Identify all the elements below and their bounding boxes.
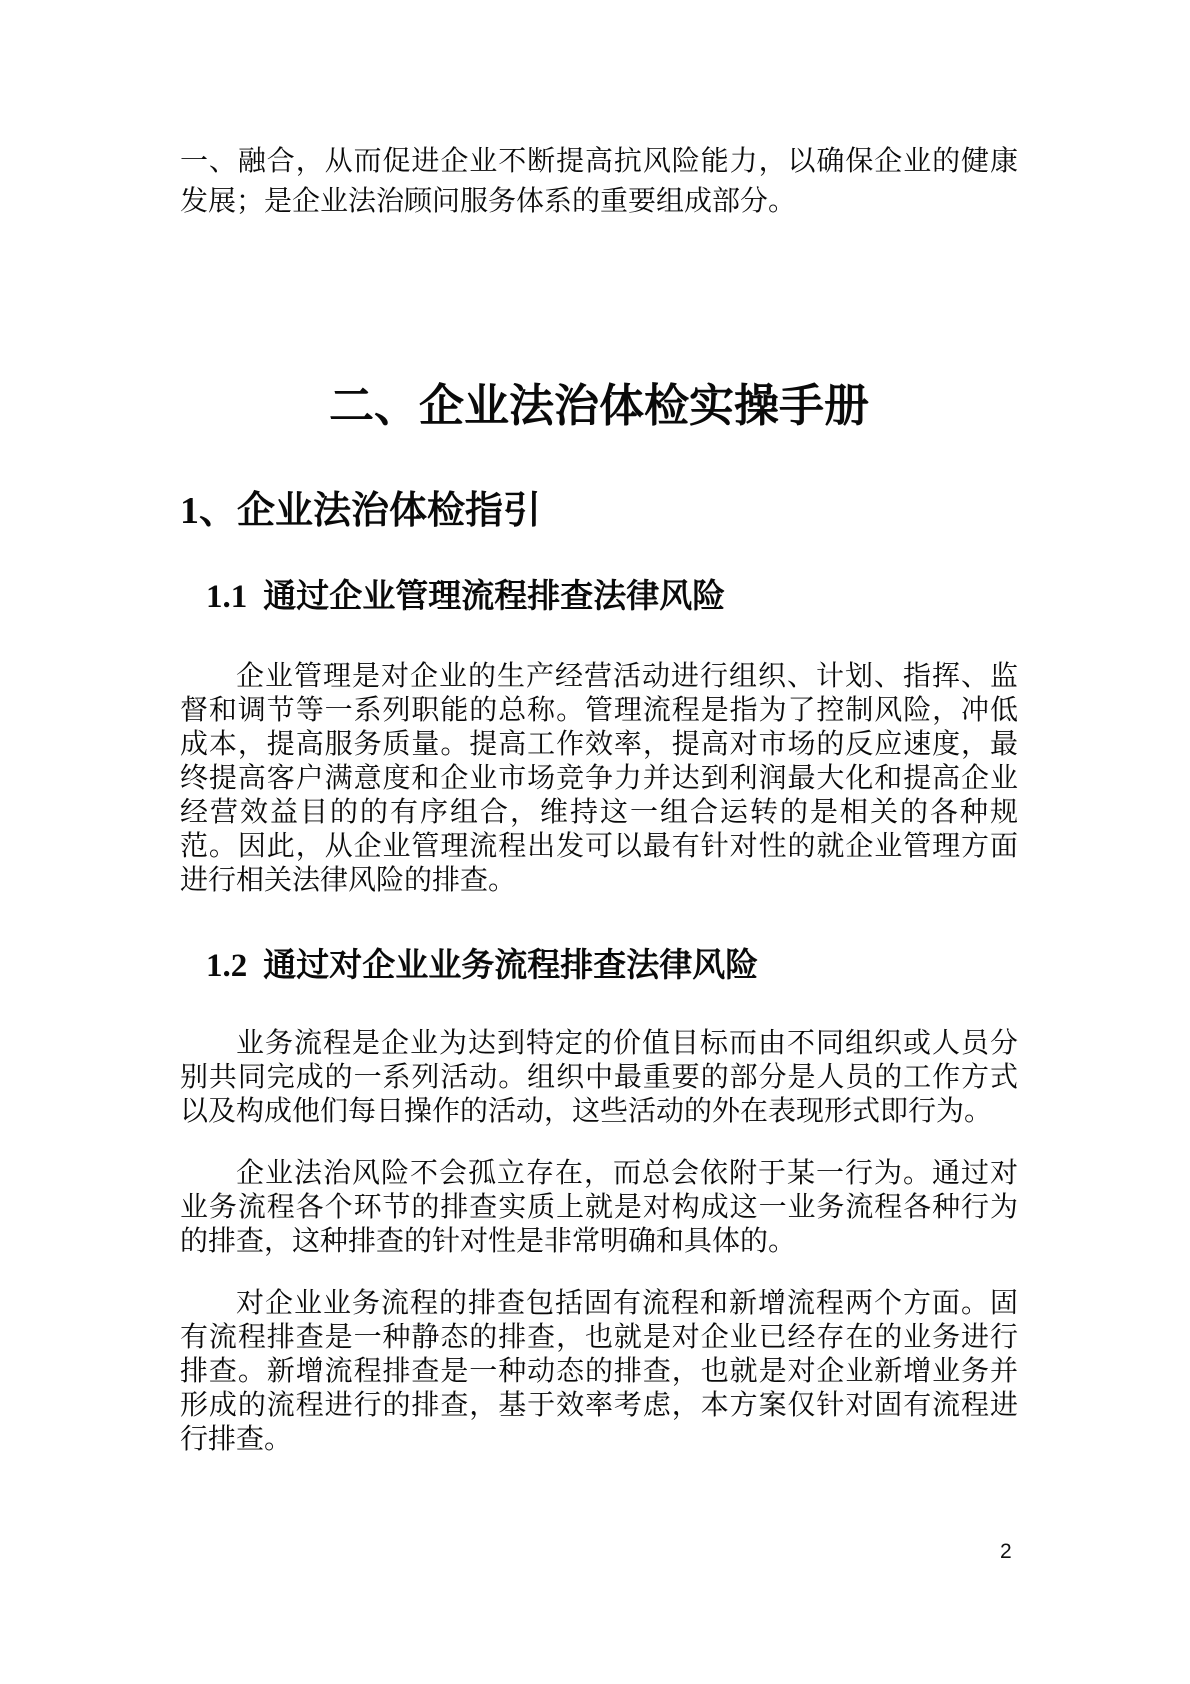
body-paragraph: 业务流程是企业为达到特定的价值目标而由不同组织或人员分别共同完成的一系列活动。组… bbox=[180, 1027, 1018, 1129]
subsection-heading-1-2: 1.2通过对企业业务流程排查法律风险 bbox=[206, 944, 1018, 988]
chapter-title: 二、企业法治体检实操手册 bbox=[180, 379, 1018, 433]
subsection-number: 1.2 bbox=[206, 948, 247, 984]
subsection-title: 通过企业管理流程排查法律风险 bbox=[263, 579, 725, 615]
body-paragraph: 对企业业务流程的排查包括固有流程和新增流程两个方面。固有流程排查是一种静态的排查… bbox=[180, 1287, 1018, 1457]
document-page: 一、融合，从而促进企业不断提高抗风险能力，以确保企业的健康发展；是企业法治顾问服… bbox=[0, 0, 1190, 1684]
continuation-paragraph: 一、融合，从而促进企业不断提高抗风险能力，以确保企业的健康发展；是企业法治顾问服… bbox=[180, 142, 1018, 222]
page-number: 2 bbox=[1000, 1540, 1012, 1564]
section-heading: 1、企业法治体检指引 bbox=[180, 487, 1018, 535]
body-paragraph: 企业法治风险不会孤立存在，而总会依附于某一行为。通过对业务流程各个环节的排查实质… bbox=[180, 1157, 1018, 1259]
subsection-title: 通过对企业业务流程排查法律风险 bbox=[263, 948, 758, 984]
page-content: 一、融合，从而促进企业不断提高抗风险能力，以确保企业的健康发展；是企业法治顾问服… bbox=[180, 0, 1018, 1457]
subsection-number: 1.1 bbox=[206, 579, 247, 615]
subsection-heading-1-1: 1.1通过企业管理流程排查法律风险 bbox=[206, 575, 1018, 619]
body-paragraph: 企业管理是对企业的生产经营活动进行组织、计划、指挥、监督和调节等一系列职能的总称… bbox=[180, 660, 1018, 898]
